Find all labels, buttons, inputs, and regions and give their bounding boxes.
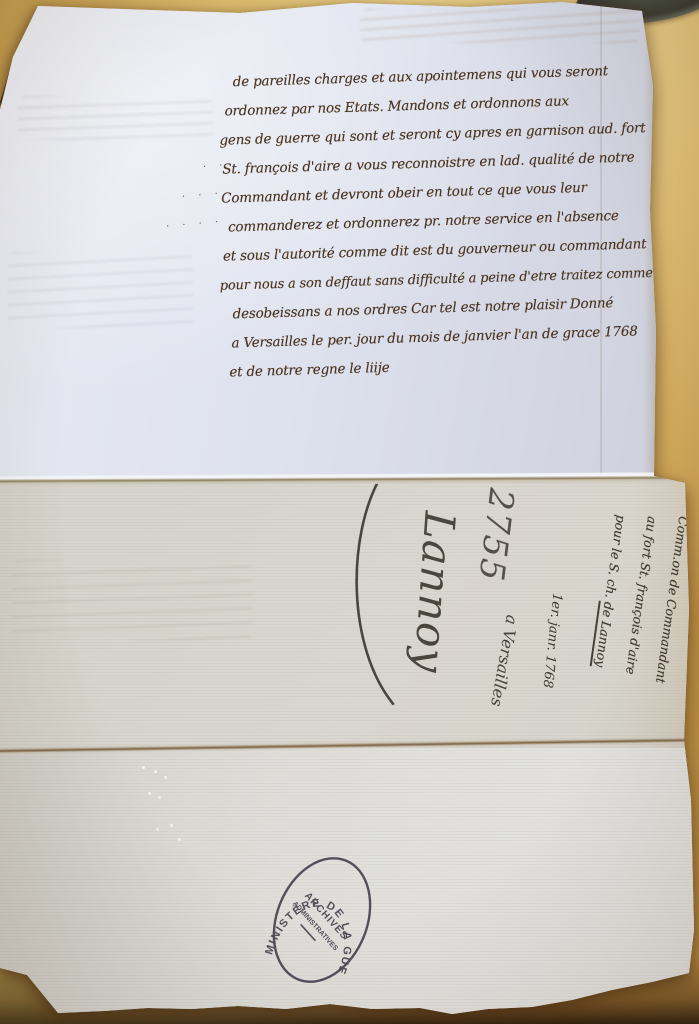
docket-name-underlined: de Lannoy bbox=[590, 601, 617, 669]
ink-bleed-through bbox=[8, 252, 193, 328]
paper-specks bbox=[142, 766, 145, 769]
ink-dots: · · bbox=[203, 160, 228, 173]
paper-sheet: de pareilles charges et aux apointemens … bbox=[0, 0, 699, 1024]
photo-of-manuscript: de pareilles charges et aux apointemens … bbox=[0, 0, 699, 1024]
ink-bleed-through bbox=[12, 560, 252, 640]
handwritten-body-text: de pareilles charges et aux apointemens … bbox=[217, 55, 676, 387]
docket-line3-prefix: pour le S. ch. bbox=[602, 514, 629, 603]
manuscript-paper: de pareilles charges et aux apointemens … bbox=[0, 0, 699, 1024]
ink-bleed-through bbox=[18, 96, 213, 140]
ink-bleed-through bbox=[360, 9, 640, 43]
lannoy-signature: Lannoy bbox=[327, 466, 473, 714]
